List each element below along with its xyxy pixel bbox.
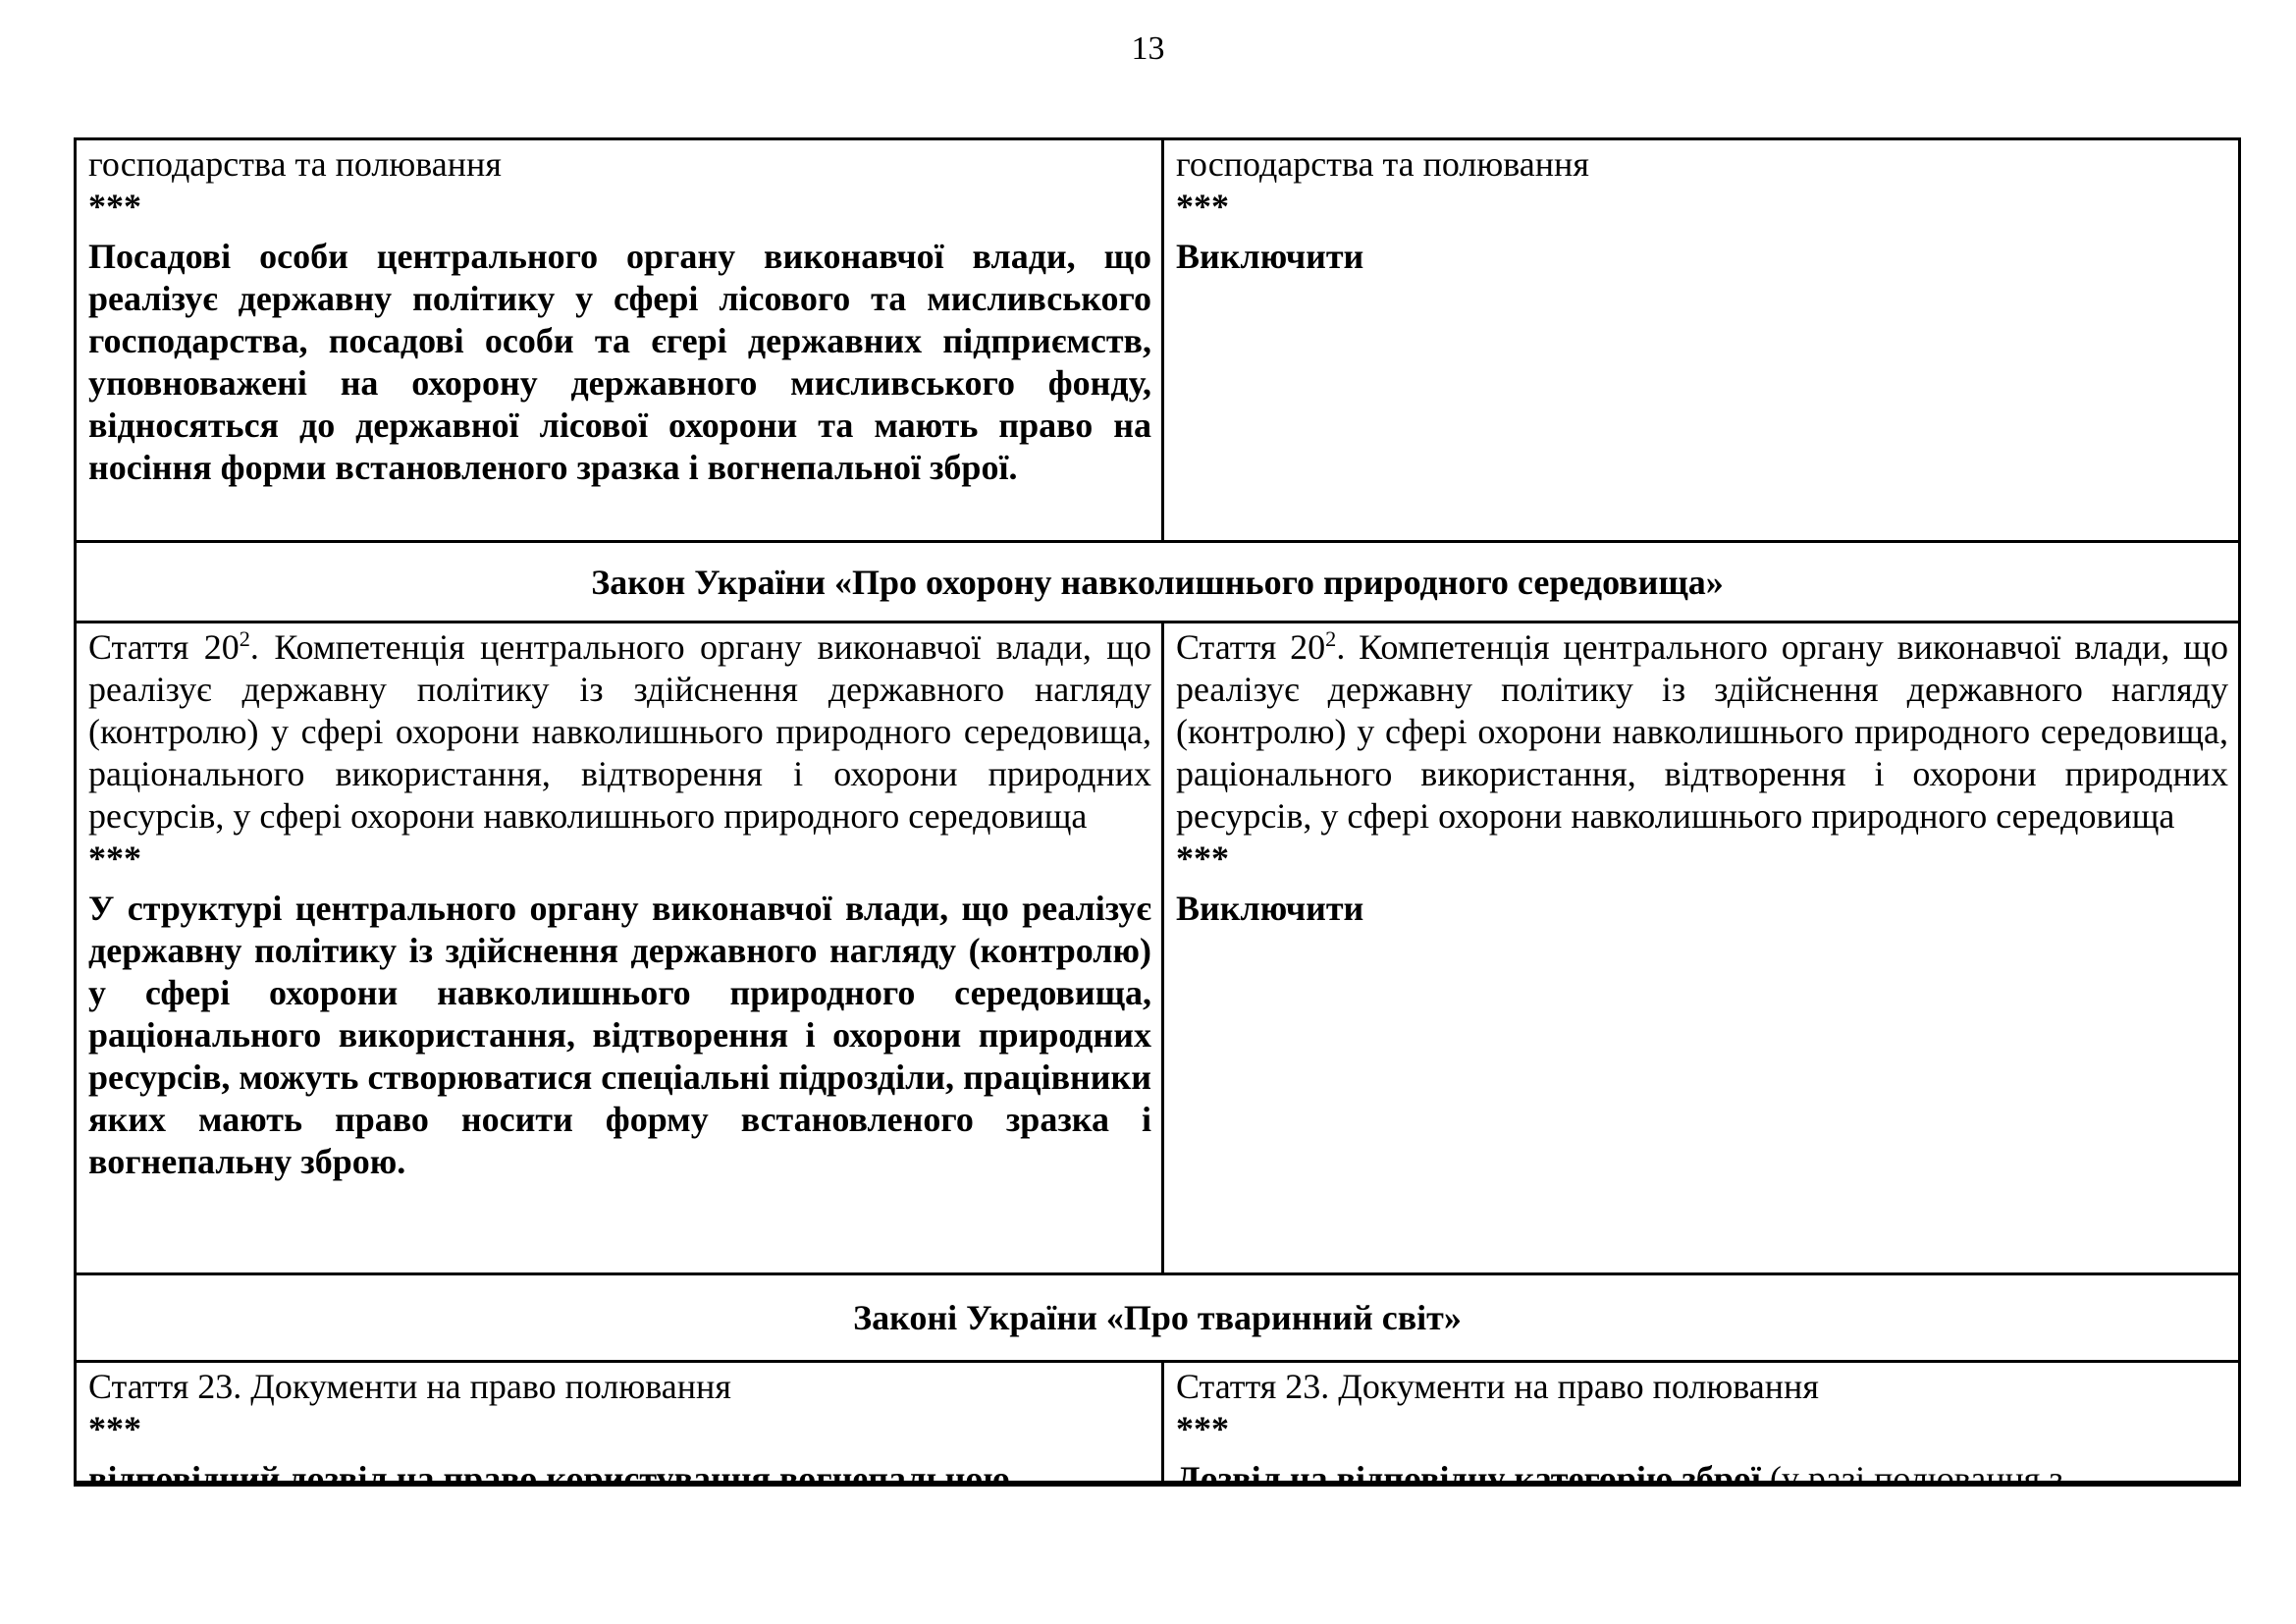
stars-separator: *** (1176, 1408, 2228, 1450)
amendment-paragraph: У структурі центрального органу виконавч… (88, 888, 1151, 1183)
amendment-bold-run: Дозвіл на відповідну категорію зброї (1176, 1459, 1761, 1481)
exclude-directive: Виключити (1176, 888, 2228, 930)
exclude-directive: Виключити (1176, 236, 2228, 278)
stars-separator: *** (88, 186, 1151, 228)
superscript: 2 (1325, 626, 1336, 651)
stars-separator: *** (1176, 186, 2228, 228)
law-header-animal-world: Законі України «Про тваринний світ» (77, 1272, 2238, 1360)
amendment-normal-run: (у разі полювання з (1761, 1459, 2063, 1481)
continuation-text: господарства та полювання (1176, 143, 2228, 186)
law-header-title: Закон України «Про охорону навколишнього… (591, 562, 1724, 603)
table-row-amendment-3: Стаття 23. Документи на право полювання … (77, 1360, 2238, 1481)
stars-separator: *** (88, 838, 1151, 880)
right-cell-proposed-text: Стаття 23. Документи на право полювання … (1164, 1363, 2238, 1481)
left-cell-current-text: Стаття 202. Компетенція центрального орг… (77, 623, 1164, 1272)
table-row-amendment-1: господарства та полювання *** Посадові о… (77, 140, 2238, 540)
stars-separator: *** (88, 1408, 1151, 1450)
right-cell-proposed-text: господарства та полювання *** Виключити (1164, 140, 2238, 540)
amendment-paragraph: відповідний дозвіл на право користування… (88, 1458, 1151, 1481)
amendment-paragraph: Посадові особи центрального органу викон… (88, 236, 1151, 489)
law-header-title: Законі України «Про тваринний світ» (853, 1297, 1462, 1338)
article-title-paragraph: Стаття 202. Компетенція центрального орг… (88, 626, 1151, 838)
article-title-paragraph: Стаття 202. Компетенція центрального орг… (1176, 626, 2228, 838)
article-title-paragraph: Стаття 23. Документи на право полювання (88, 1366, 1151, 1408)
left-cell-current-text: Стаття 23. Документи на право полювання … (77, 1363, 1164, 1481)
stars-separator: *** (1176, 838, 2228, 880)
superscript: 2 (240, 626, 250, 651)
table-row-amendment-2: Стаття 202. Компетенція центрального орг… (77, 621, 2238, 1272)
article-title-paragraph: Стаття 23. Документи на право полювання (1176, 1366, 2228, 1408)
right-cell-proposed-text: Стаття 202. Компетенція центрального орг… (1164, 623, 2238, 1272)
law-header-environment: Закон України «Про охорону навколишнього… (77, 540, 2238, 621)
continuation-text: господарства та полювання (88, 143, 1151, 186)
amendment-paragraph: Дозвіл на відповідну категорію зброї (у … (1176, 1458, 2228, 1481)
left-cell-current-text: господарства та полювання *** Посадові о… (77, 140, 1164, 540)
page-number: 13 (0, 29, 2296, 69)
comparison-table: господарства та полювання *** Посадові о… (74, 137, 2241, 1487)
